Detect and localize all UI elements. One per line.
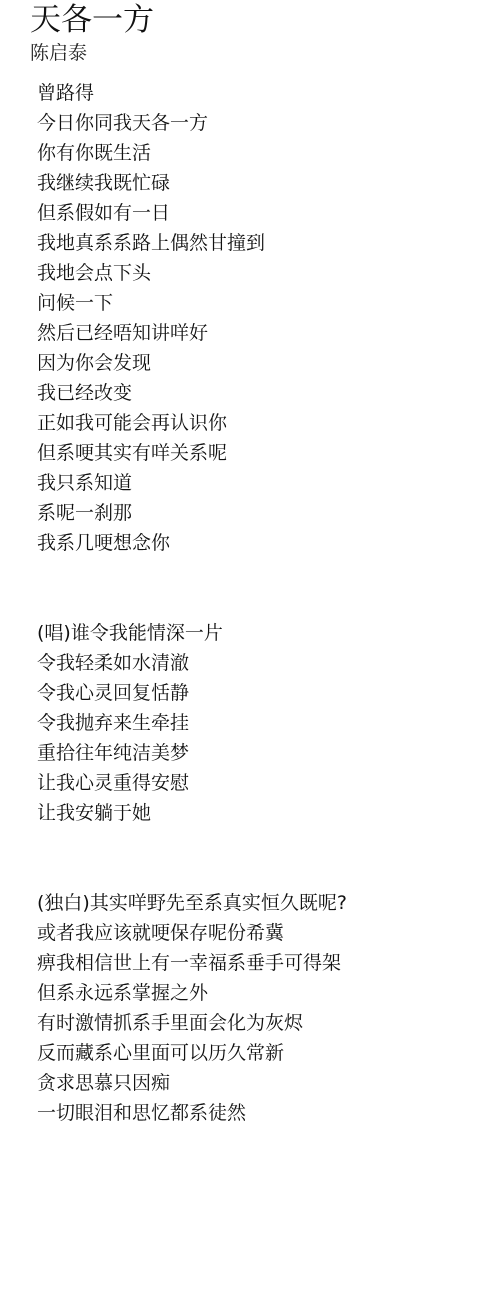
lyrics-body: 曾路得 今日你同我天各一方 你有你既生活 我继续我既忙碌 但系假如有一日 我地真… xyxy=(37,78,347,1188)
lyric-line: 令我抛弃来生牵挂 xyxy=(37,708,347,738)
lyric-line: 或者我应该就哽保存呢份希冀 xyxy=(37,918,347,948)
lyric-line: 我系几哽想念你 xyxy=(37,528,347,558)
lyric-line: 但系哽其实有咩关系呢 xyxy=(37,438,347,468)
song-title: 天各一方 xyxy=(30,1,154,39)
lyrics-stanza-1: 曾路得 今日你同我天各一方 你有你既生活 我继续我既忙碌 但系假如有一日 我地真… xyxy=(37,78,347,558)
lyric-line: 但系假如有一日 xyxy=(37,198,347,228)
lyric-line: (独白)其实咩野先至系真实恒久既呢? xyxy=(37,888,347,918)
lyric-line: 令我心灵回复恬静 xyxy=(37,678,347,708)
song-artist: 陈启泰 xyxy=(30,40,87,66)
lyric-line: 然后已经唔知讲咩好 xyxy=(37,318,347,348)
lyric-line: 让我安躺于她 xyxy=(37,798,347,828)
lyric-line: 我地真系系路上偶然甘撞到 xyxy=(37,228,347,258)
lyric-line: (唱)谁令我能情深一片 xyxy=(37,618,347,648)
lyric-line: 一切眼泪和思忆都系徒然 xyxy=(37,1098,347,1128)
lyric-line: 你有你既生活 xyxy=(37,138,347,168)
lyric-line: 但系永远系掌握之外 xyxy=(37,978,347,1008)
lyric-line: 今日你同我天各一方 xyxy=(37,108,347,138)
lyric-line: 问候一下 xyxy=(37,288,347,318)
lyric-line: 贪求思慕只因痴 xyxy=(37,1068,347,1098)
lyric-line: 系呢一刹那 xyxy=(37,498,347,528)
lyric-line: 我地会点下头 xyxy=(37,258,347,288)
lyric-line: 我只系知道 xyxy=(37,468,347,498)
lyric-line: 令我轻柔如水清澈 xyxy=(37,648,347,678)
lyric-line: 因为你会发现 xyxy=(37,348,347,378)
lyrics-stanza-2: (唱)谁令我能情深一片 令我轻柔如水清澈 令我心灵回复恬静 令我抛弃来生牵挂 重… xyxy=(37,618,347,828)
lyric-line: 有时激情抓系手里面会化为灰烬 xyxy=(37,1008,347,1038)
lyric-line: 曾路得 xyxy=(37,78,347,108)
lyric-line: 让我心灵重得安慰 xyxy=(37,768,347,798)
lyric-line: 正如我可能会再认识你 xyxy=(37,408,347,438)
lyrics-stanza-3: (独白)其实咩野先至系真实恒久既呢? 或者我应该就哽保存呢份希冀 痹我相信世上有… xyxy=(37,888,347,1128)
lyric-line: 我已经改变 xyxy=(37,378,347,408)
lyric-line: 重拾往年纯洁美梦 xyxy=(37,738,347,768)
lyric-line: 我继续我既忙碌 xyxy=(37,168,347,198)
lyric-line: 痹我相信世上有一幸福系垂手可得架 xyxy=(37,948,347,978)
lyric-line: 反而藏系心里面可以历久常新 xyxy=(37,1038,347,1068)
